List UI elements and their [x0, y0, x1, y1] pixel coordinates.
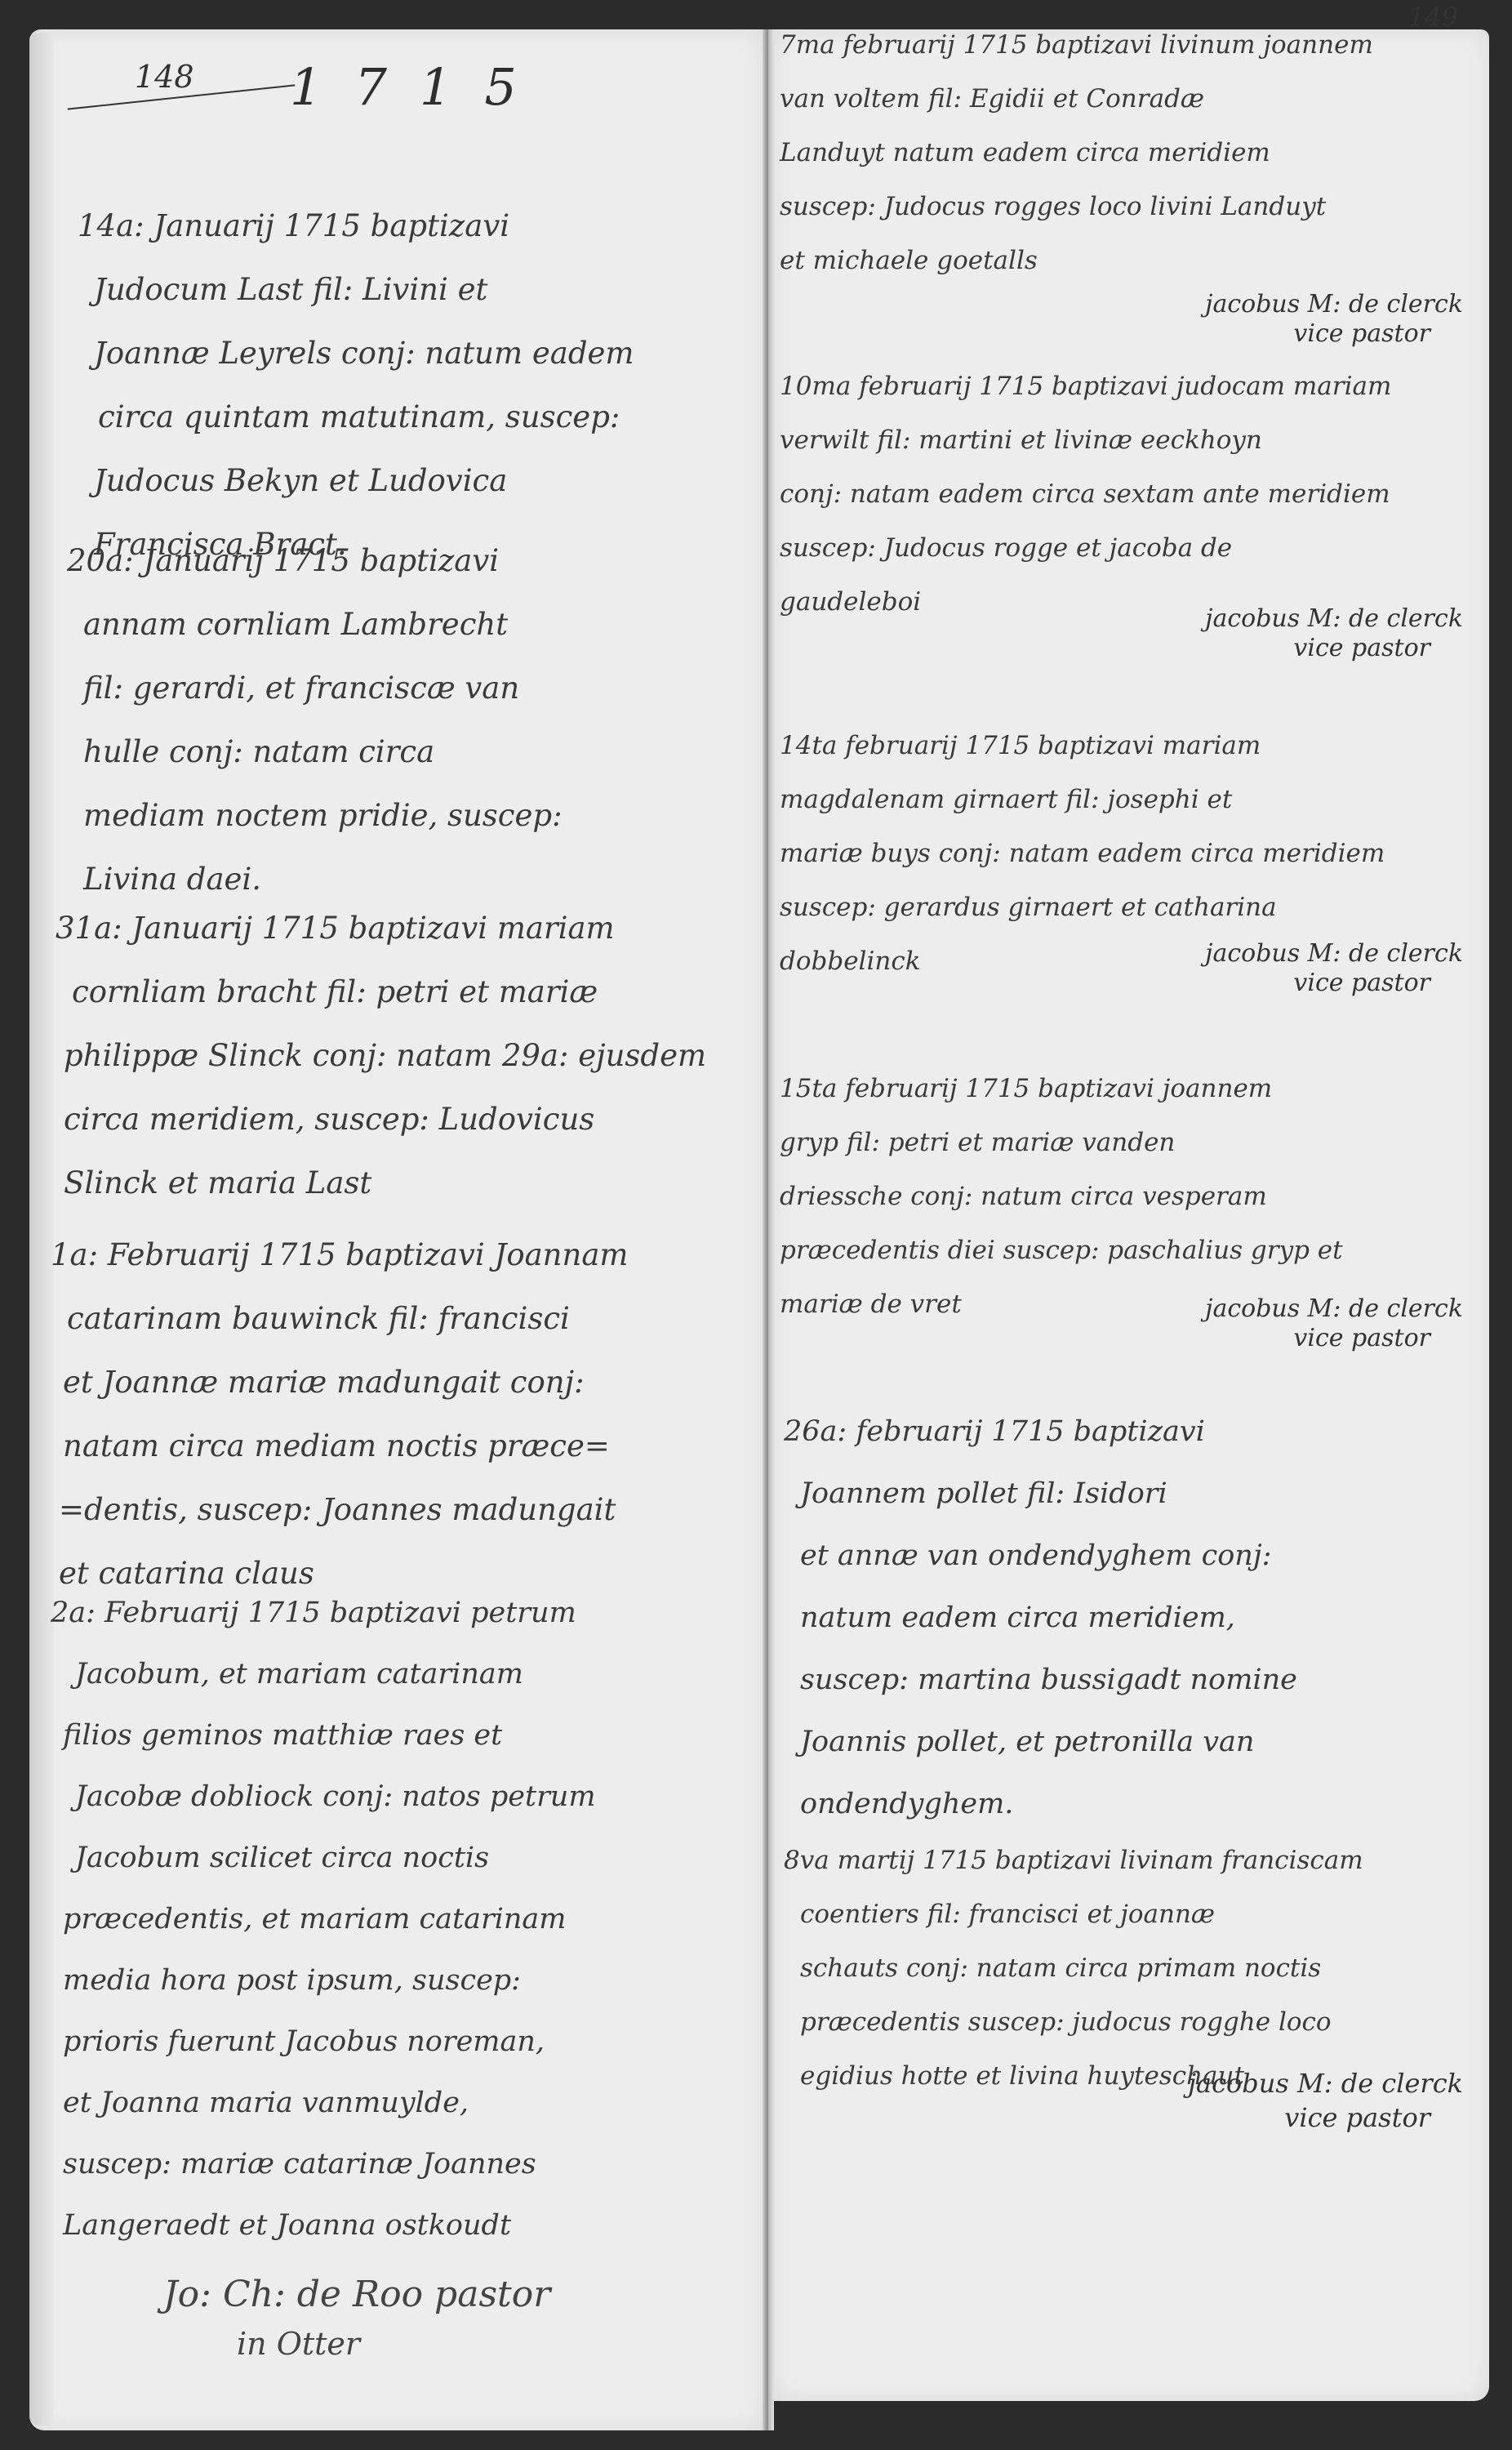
entry-line: mariæ buys conj: natam eadem circa merid…: [780, 826, 1385, 880]
page-number-left: 148: [135, 59, 194, 95]
entry-line: Slinck et maria Last: [56, 1151, 706, 1215]
signature-title: vice pastor: [1205, 969, 1463, 998]
entry-line: suscep: Judocus rogge et jacoba de: [780, 521, 1391, 575]
entry-line: 1a: Februarij 1715 baptizavi Joannam: [51, 1223, 628, 1287]
entry-line: circa meridiem, suscep: Ludovicus: [56, 1088, 706, 1151]
entry-line: Jacobum scilicet circa noctis: [51, 1828, 596, 1889]
vice-pastor-signature: jacobus M: de clerck vice pastor: [1205, 290, 1463, 349]
entry-20-jan: 20a: Januarij 1715 baptizavi annam cornl…: [67, 529, 563, 911]
entry-line: natam circa mediam noctis præce=: [51, 1414, 628, 1478]
vice-pastor-signature: jacobus M: de clerck vice pastor: [1188, 2066, 1463, 2135]
entry-8-mar: 8va martij 1715 baptizavi livinam franci…: [784, 1833, 1363, 2103]
entry-31-jan: 31a: Januarij 1715 baptizavi mariam corn…: [56, 897, 706, 1215]
entry-line: mediam noctem pridie, suscep:: [67, 784, 563, 848]
signature-line: in Otter: [163, 2319, 550, 2368]
signature-title: vice pastor: [1188, 2100, 1463, 2135]
entry-line: verwilt fil: martini et livinæ eeckhoyn: [780, 413, 1391, 467]
entry-line: philippæ Slinck conj: natam 29a: ejusdem: [56, 1024, 706, 1088]
signature-name: jacobus M: de clerck: [1205, 290, 1463, 319]
book-gutter: [763, 29, 774, 2430]
entry-line: 20a: Januarij 1715 baptizavi: [67, 529, 563, 593]
entry-line: suscep: martina bussigadt nomine: [784, 1649, 1297, 1711]
entry-line: annam cornliam Lambrecht: [67, 593, 563, 657]
entry-line: van voltem fil: Egidii et Conradæ: [780, 72, 1373, 126]
signature-name: jacobus M: de clerck: [1205, 1294, 1463, 1324]
entry-line: schauts conj: natam circa primam noctis: [784, 1941, 1363, 1995]
vice-pastor-signature: jacobus M: de clerck vice pastor: [1205, 604, 1463, 663]
entry-line: gryp fil: petri et mariæ vanden: [780, 1116, 1343, 1169]
entry-line: Judocum Last fil: Livini et: [78, 258, 634, 322]
pastor-signature: Jo: Ch: de Roo pastor in Otter: [163, 2270, 550, 2368]
entry-1-feb: 1a: Februarij 1715 baptizavi Joannam cat…: [51, 1223, 628, 1606]
signature-title: vice pastor: [1205, 1324, 1463, 1353]
entry-line: fil: gerardi, et franciscæ van: [67, 657, 563, 720]
vice-pastor-signature: jacobus M: de clerck vice pastor: [1205, 1294, 1463, 1353]
entry-line: 14ta februarij 1715 baptizavi mariam: [780, 719, 1385, 773]
entry-line: filios geminos matthiæ raes et: [51, 1705, 596, 1766]
entry-line: natum eadem circa meridiem,: [784, 1587, 1297, 1649]
page-number-right: 149: [1408, 2, 1458, 33]
entry-line: Jacobæ dobliock conj: natos petrum: [51, 1766, 596, 1828]
entry-line: driessche conj: natum circa vesperam: [780, 1169, 1343, 1223]
entry-line: 26a: februarij 1715 baptizavi: [784, 1401, 1297, 1463]
signature-name: jacobus M: de clerck: [1205, 604, 1463, 634]
signature-title: vice pastor: [1205, 319, 1463, 349]
entry-line: coentiers fil: francisci et joannæ: [784, 1887, 1363, 1941]
year-heading: 1715: [290, 57, 549, 117]
entry-line: 15ta februarij 1715 baptizavi joannem: [780, 1062, 1343, 1116]
vice-pastor-signature: jacobus M: de clerck vice pastor: [1205, 939, 1463, 998]
entry-line: 8va martij 1715 baptizavi livinam franci…: [784, 1833, 1363, 1887]
signature-title: vice pastor: [1205, 634, 1463, 663]
entry-line: 7ma februarij 1715 baptizavi livinum joa…: [780, 18, 1373, 72]
entry-line: suscep: gerardus girnaert et catharina: [780, 880, 1385, 934]
entry-line: Joannis pollet, et petronilla van: [784, 1711, 1297, 1773]
entry-line: cornliam bracht fil: petri et mariæ: [56, 960, 706, 1024]
entry-line: =dentis, suscep: Joannes madungait: [51, 1478, 628, 1542]
entry-line: et annæ van ondendyghem conj:: [784, 1525, 1297, 1587]
entry-line: suscep: Judocus rogges loco livini Landu…: [780, 180, 1373, 234]
entry-14-jan: 14a: Januarij 1715 baptizavi Judocum Las…: [78, 194, 634, 577]
entry-line: ondendyghem.: [784, 1773, 1297, 1835]
entry-line: et Joannæ mariæ madungait conj:: [51, 1351, 628, 1414]
signature-line: Jo: Ch: de Roo pastor: [163, 2274, 550, 2315]
entry-line: 14a: Januarij 1715 baptizavi: [78, 194, 634, 258]
entry-line: 2a: Februarij 1715 baptizavi petrum: [51, 1583, 596, 1644]
signature-name: jacobus M: de clerck: [1205, 939, 1463, 969]
entry-line: magdalenam girnaert fil: josephi et: [780, 773, 1385, 826]
entry-line: catarinam bauwinck fil: francisci: [51, 1287, 628, 1351]
entry-line: præcedentis diei suscep: paschalius gryp…: [780, 1223, 1343, 1277]
entry-line: præcedentis, et mariam catarinam: [51, 1889, 596, 1950]
entry-15-feb: 15ta februarij 1715 baptizavi joannem gr…: [780, 1062, 1343, 1331]
signature-name: jacobus M: de clerck: [1188, 2066, 1463, 2100]
entry-line: hulle conj: natam circa: [67, 720, 563, 784]
entry-line: et Joanna maria vanmuylde,: [51, 2073, 596, 2134]
entry-line: et michaele goetalls: [780, 234, 1373, 287]
entry-line: Joannem pollet fil: Isidori: [784, 1463, 1297, 1525]
entry-line: Jacobum, et mariam catarinam: [51, 1644, 596, 1705]
entry-line: circa quintam matutinam, suscep:: [78, 385, 634, 449]
entry-line: conj: natam eadem circa sextam ante meri…: [780, 467, 1391, 521]
entry-line: Langeraedt et Joanna ostkoudt: [51, 2195, 596, 2256]
entry-line: Joannæ Leyrels conj: natum eadem: [78, 322, 634, 385]
entry-10-feb: 10ma februarij 1715 baptizavi judocam ma…: [780, 359, 1391, 629]
entry-line: Judocus Bekyn et Ludovica: [78, 449, 634, 513]
entry-line: Landuyt natum eadem circa meridiem: [780, 126, 1373, 180]
entry-line: media hora post ipsum, suscep:: [51, 1950, 596, 2011]
entry-26-feb: 26a: februarij 1715 baptizavi Joannem po…: [784, 1401, 1297, 1835]
entry-line: 10ma februarij 1715 baptizavi judocam ma…: [780, 359, 1391, 413]
entry-line: 31a: Januarij 1715 baptizavi mariam: [56, 897, 706, 960]
entry-2-feb: 2a: Februarij 1715 baptizavi petrum Jaco…: [51, 1583, 596, 2256]
entry-line: præcedentis suscep: judocus rogghe loco: [784, 1995, 1363, 2049]
entry-line: prioris fuerunt Jacobus noreman,: [51, 2011, 596, 2073]
entry-line: suscep: mariæ catarinæ Joannes: [51, 2134, 596, 2195]
entry-7-feb: 7ma februarij 1715 baptizavi livinum joa…: [780, 18, 1373, 287]
